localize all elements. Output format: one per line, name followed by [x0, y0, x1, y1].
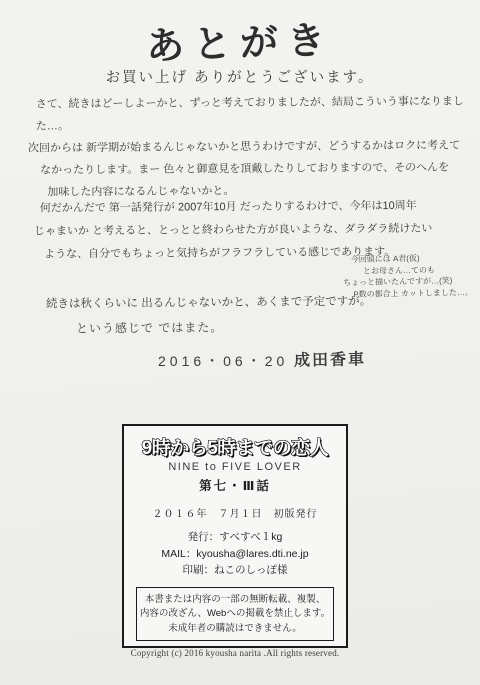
colophon-box: 9時から5時までの恋人 NINE to FIVE LOVER 第七・Ⅲ話 ２０１…: [122, 424, 348, 648]
paragraph-1-line: なかったりします。まー 色々と御意見を頂戴したりしておりますので、そのへんを: [28, 156, 468, 181]
mail-line: MAIL：kyousha@lares.dti.ne.jp: [124, 546, 346, 563]
greeting-text: お買い上げ ありがとうございます。: [0, 66, 480, 87]
paragraph-2-line: 何だかんだで 第一話発行が 2007年10月 だったりするわけで、今年は10周年: [30, 194, 470, 220]
publication-info: 発行：すべすべ１kg MAIL：kyousha@lares.dti.ne.jp …: [124, 529, 346, 579]
notice-line: 内容の改ざん、Webへの掲載を禁止します。: [139, 607, 331, 622]
paragraph-1: さて、続きはどーしよーかと、ずっと考えておりましたが、結局こういう事になりました…: [28, 90, 469, 203]
copyright-line: Copyright (c) 2016 kyousha narita .All r…: [124, 648, 346, 658]
series-subtitle: NINE to FIVE LOVER: [124, 461, 346, 473]
notice-line: 未成年者の購読はできません。: [139, 622, 331, 637]
paragraph-2-line: じゃまいか と考えると、とっとと終わらせた方が良いような、ダラダラ続けたい: [30, 217, 470, 243]
paragraph-3: 続きは秋くらいに 出るんじゃないかと、あくまで予定ですが。: [46, 293, 371, 312]
paragraph-1-line: 次回からは 新学期が始まるんじゃないかと思うわけですが、どうするかはロクに考えて: [28, 134, 468, 159]
author-signature: 成田香車: [294, 346, 366, 370]
page-title: あとがき: [0, 4, 480, 76]
closing-text: という感じで ではまた。: [76, 318, 223, 336]
notice-line: 本書または内容の一部の無断転載、複製、: [139, 593, 331, 608]
date-text: 2016・06・20: [158, 351, 288, 371]
edition-date-line: ２０１６年 ７月１日 初版発行: [124, 505, 346, 520]
episode-label: 第七・Ⅲ話: [124, 476, 346, 494]
publisher-line: 発行：すべすべ１kg: [124, 529, 346, 546]
legal-notice-box: 本書または内容の一部の無断転載、複製、 内容の改ざん、Webへの掲載を禁止します…: [136, 587, 334, 642]
printer-line: 印刷：ねこのしっぽ様: [124, 562, 346, 579]
series-title-logo: 9時から5時までの恋人: [124, 433, 346, 460]
paragraph-1-line: さて、続きはどーしよーかと、ずっと考えておりましたが、結局こういう事になりました…: [28, 90, 468, 137]
scanned-afterword-page: あとがき お買い上げ ありがとうございます。 さて、続きはどーしよーかと、ずっと…: [0, 0, 480, 685]
